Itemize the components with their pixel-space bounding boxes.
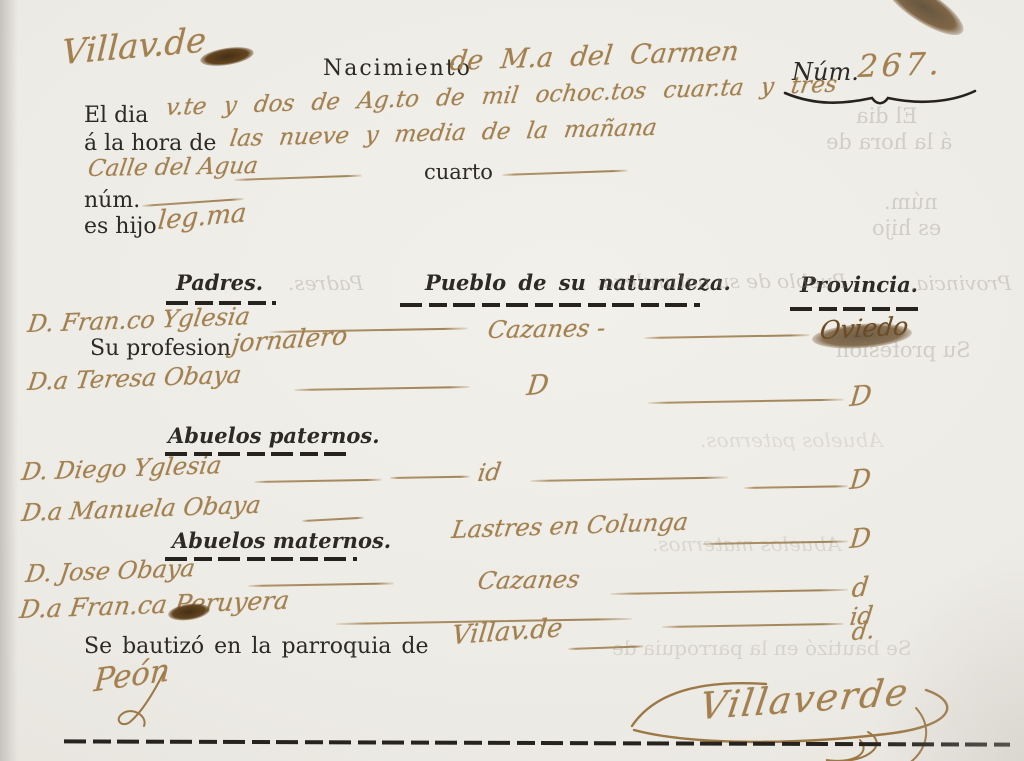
madre-provincia-ditto: D (849, 382, 873, 412)
abuelo-paterno-pueblo-ditto: id (476, 460, 502, 485)
profesion-label: Su profesion (90, 338, 231, 360)
calle-entry: Calle del Agua (86, 155, 259, 181)
padre-name: D. Fran.co Yglesia (26, 304, 251, 336)
bleedthrough-abuelos-paternos: Abuelos paternos. (700, 430, 883, 450)
handwritten-dash (390, 476, 470, 479)
bleedthrough-profesion: Su profesion (836, 340, 971, 361)
printed-rule (400, 303, 700, 307)
abuelo-materno-pueblo: Cazanes (476, 567, 581, 593)
margin-parish-note: Villav.de (61, 23, 207, 70)
es-hijo-label: es hijo (84, 216, 157, 238)
profesion-entry: jornalero (230, 323, 348, 356)
el-dia-label: El dia (84, 105, 148, 127)
abuelo-paterno-provincia-ditto: D (849, 466, 873, 495)
scanned-birth-record-page: Villav.de Nacimiento de M.a del Carmen N… (0, 0, 1024, 761)
handwritten-dash (502, 170, 628, 176)
bautizo-entry: Villav.de (451, 615, 564, 649)
padre-pueblo: Cazanes - (486, 316, 607, 342)
signature-left-rubric (86, 670, 216, 730)
bautizo-label: Se bautizó en la parroquia de (84, 636, 428, 658)
handwritten-dash (648, 399, 844, 404)
abuelo-materno-name: D. Jose Obaya (24, 556, 196, 586)
title-entry-handwriting: de M.a del Carmen (448, 38, 740, 75)
ink-blot (199, 44, 255, 69)
column-header-padres: Padres. (176, 272, 263, 293)
bleedthrough-num: núm. (884, 192, 938, 213)
bleedthrough-bautizo: Se bautizó en la parroquia de (612, 638, 912, 658)
handwritten-dash (254, 479, 382, 483)
bleedthrough-padres: Padres. (288, 273, 363, 293)
abuela-paterna-provincia-ditto: D (849, 525, 873, 554)
printed-rule (790, 307, 918, 311)
num-line-label: núm. (84, 190, 140, 212)
ink-smudge (877, 0, 970, 45)
madre-name: D.a Teresa Obaya (26, 362, 243, 394)
handwritten-dash (744, 485, 848, 489)
bleedthrough-el-dia: El dia (856, 106, 917, 127)
handwritten-dash (530, 477, 728, 482)
bleedthrough-es-hijo: es hijo (872, 218, 941, 239)
abuelo-paterno-name: D. Diego Yglesia (20, 453, 223, 484)
bleedthrough-abuelos-maternos: Abuelos maternos. (652, 534, 841, 554)
bleedthrough-provincia: Provincia. (910, 273, 1012, 293)
signature-right-flourish (616, 668, 976, 761)
abuelos-paternos-heading: Abuelos paternos. (168, 425, 380, 446)
abuela-paterna-name: D.a Manuela Obaya (20, 493, 262, 525)
bleedthrough-pueblo: Pueblo de su naturaleza. (596, 271, 847, 291)
madre-pueblo-ditto: D (525, 371, 550, 400)
hora-label: á la hora de (84, 133, 216, 155)
bleedthrough-hora: á la hora de (826, 132, 952, 153)
num-value: 267. (857, 49, 944, 83)
hora-entry: las nueve y media de la mañana (228, 117, 658, 151)
cuarto-label: cuarto (424, 162, 493, 183)
es-hijo-entry: leg.ma (157, 200, 248, 234)
handwritten-dash (610, 589, 848, 595)
abuela-materna-name: D.a Fran.ca Peruyera (18, 588, 291, 623)
handwritten-dash (294, 386, 470, 391)
handwritten-dash (662, 623, 844, 628)
abuelos-maternos-heading: Abuelos maternos. (172, 530, 391, 551)
el-dia-entry: v.te y dos de Ag.to de mil ochoc.tos cua… (164, 74, 838, 121)
abuelo-materno-provincia-ditto: d (851, 574, 870, 602)
handwritten-dash (644, 334, 810, 339)
handwritten-dash (302, 517, 364, 522)
